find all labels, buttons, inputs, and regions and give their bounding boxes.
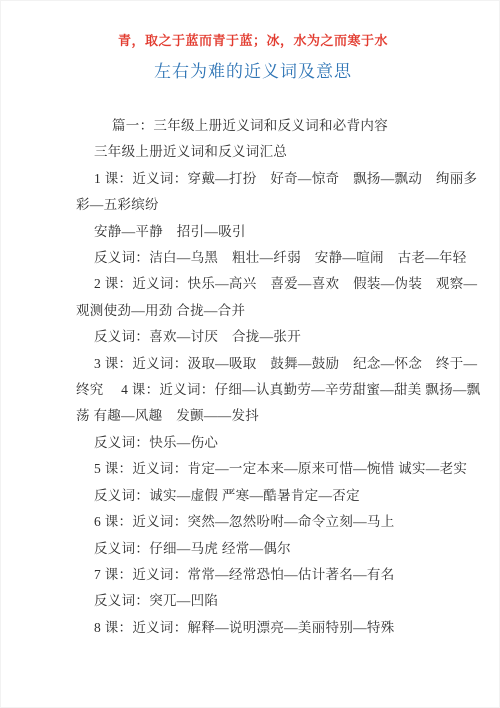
text-line: 2 课：近义词：快乐—高兴 喜爱—喜欢 假装—伪装 观察— [76,271,475,297]
text-line: 5 课：近义词：肯定—一定本来—原来可惜—惋惜 诚实—老实 [76,456,475,482]
text-line: 三年级上册近义词和反义词汇总 [76,139,475,165]
document-title: 左右为难的近义词及意思 [31,61,475,83]
text-line: 反义词：诚实—虚假 严寒—酷暑肯定—否定 [76,483,475,509]
text-line: 观测使劲—用劲 合拢—合并 [76,298,475,324]
text-line: 篇一：三年级上册近义词和反义词和必背内容 [76,113,475,139]
text-line: 3 课：近义词：汲取—吸取 鼓舞—鼓励 纪念—怀念 终于— [76,351,475,377]
text-line: 终究 4 课：近义词：仔细—认真勤劳—辛劳甜蜜—甜美 飘扬—飘 [76,377,475,403]
document-page: 青，取之于蓝而青于蓝；冰，水为之而寒于水 左右为难的近义词及意思 篇一：三年级上… [0,0,500,708]
text-line: 7 课：近义词：常常—经常恐怕—估计著名—有名 [76,562,475,588]
text-line: 彩—五彩缤纷 [76,192,475,218]
text-line: 6 课：近义词：突然—忽然吩咐—命令立刻—马上 [76,509,475,535]
text-line: 反义词：突兀—凹陷 [76,588,475,614]
text-line: 反义词：仔细—马虎 经常—偶尔 [76,536,475,562]
document-body: 青，取之于蓝而青于蓝；冰，水为之而寒于水 左右为难的近义词及意思 篇一：三年级上… [1,1,499,641]
text-line: 安静—平静 招引—吸引 [76,219,475,245]
text-line: 反义词：洁白—乌黑 粗壮—纤弱 安静—喧闹 古老—年轻 [76,245,475,271]
text-line: 荡 有趣—风趣 发颤——发抖 [76,403,475,429]
content-area: 篇一：三年级上册近义词和反义词和必背内容三年级上册近义词和反义词汇总1 课：近义… [76,113,475,641]
text-line: 8 课：近义词：解释—说明漂亮—美丽特别—特殊 [76,615,475,641]
text-line: 反义词：快乐—伤心 [76,430,475,456]
document-motto: 青，取之于蓝而青于蓝；冰，水为之而寒于水 [31,32,475,49]
text-line: 反义词：喜欢—讨厌 合拢—张开 [76,324,475,350]
text-line: 1 课：近义词：穿戴—打扮 好奇—惊奇 飘扬—飘动 绚丽多 [76,166,475,192]
